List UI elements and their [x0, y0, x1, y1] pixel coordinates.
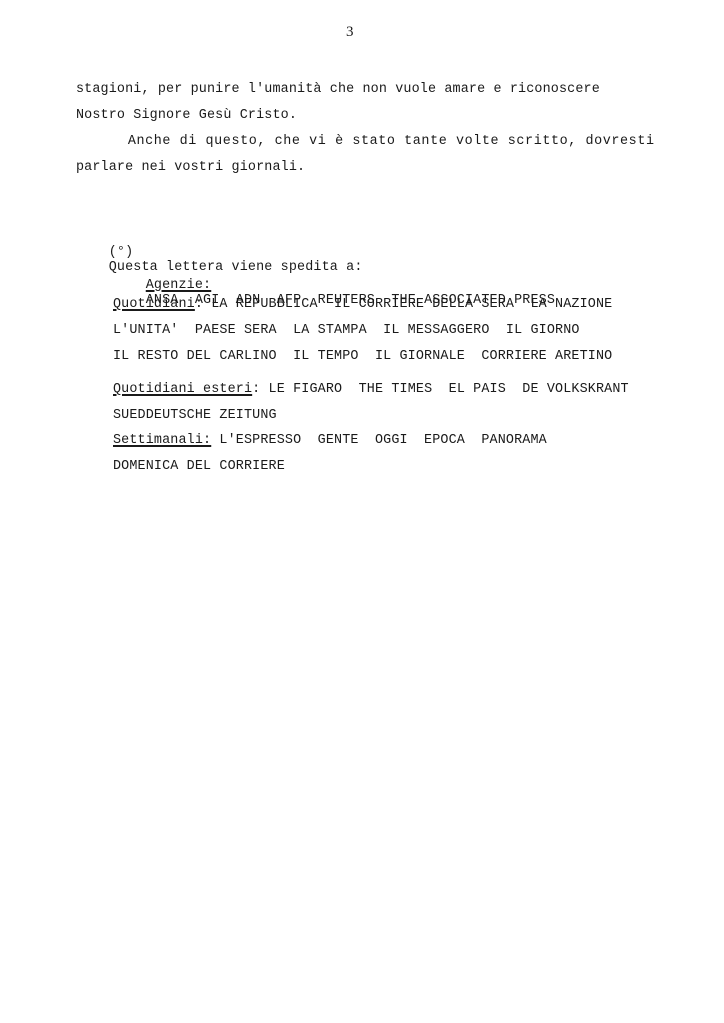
quotidiani-line-2: L'UNITA' PAESE SERA LA STAMPA IL MESSAGG… [113, 323, 580, 338]
settimanali-line-1: Settimanali: L'ESPRESSO GENTE OGGI EPOCA… [113, 433, 547, 448]
page-number: 3 [346, 24, 354, 41]
quotidiani-esteri-label: Quotidiani esteri [113, 382, 252, 397]
quotidiani-esteri-line-1: Quotidiani esteri: LE FIGARO THE TIMES E… [113, 382, 629, 397]
quotidiani-esteri-line-2: SUEDDEUTSCHE ZEITUNG [113, 408, 277, 423]
agenzie-line: Agenzie: ANSA AGI ADN AFP REUTERS THE AS… [113, 263, 555, 323]
footnote-marker: (°) [109, 245, 134, 260]
body-line: Nostro Signore Gesù Cristo. [76, 108, 297, 123]
quotidiani-label: Quotidiani [113, 297, 195, 312]
settimanali-label: Settimanali: [113, 433, 211, 448]
quotidiani-esteri-items: LE FIGARO THE TIMES EL PAIS DE VOLKSKRAN… [260, 382, 628, 397]
quotidiani-items: LA REPUBBLICA IL CORRIERE DELLA SERA LA … [203, 297, 612, 312]
body-line: parlare nei vostri giornali. [76, 160, 305, 175]
agenzie-label: Agenzie: [146, 278, 212, 293]
quotidiani-line-3: IL RESTO DEL CARLINO IL TEMPO IL GIORNAL… [113, 349, 612, 364]
body-line: stagioni, per punire l'umanità che non v… [76, 82, 600, 97]
settimanali-items: L'ESPRESSO GENTE OGGI EPOCA PANORAMA [211, 433, 547, 448]
body-line: Anche di questo, che vi è stato tante vo… [76, 134, 655, 149]
colon: : [195, 297, 203, 312]
quotidiani-line-1: Quotidiani: LA REPUBBLICA IL CORRIERE DE… [113, 297, 612, 312]
settimanali-line-2: DOMENICA DEL CORRIERE [113, 459, 285, 474]
